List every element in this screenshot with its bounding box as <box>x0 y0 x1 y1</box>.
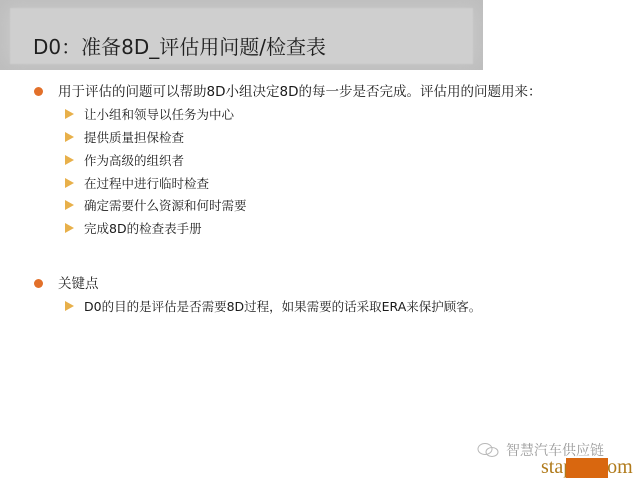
arrow-bullet-icon <box>65 223 74 233</box>
slide-title-bar: D0：准备8D_评估用问题/检查表 <box>0 0 483 70</box>
sub-bullet-1: 让小组和领导以任务为中心 <box>84 105 234 123</box>
watermark-overlay-block <box>566 458 608 478</box>
sub-bullet-key-1: D0的目的是评估是否需要8D过程，如果需要的话采取ERA来保护顾客。 <box>84 297 481 315</box>
sub-bullet-3: 作为高级的组织者 <box>84 151 184 169</box>
sub-bullet-2: 提供质量担保检查 <box>84 128 184 146</box>
arrow-bullet-icon <box>65 132 74 142</box>
arrow-bullet-icon <box>65 109 74 119</box>
arrow-bullet-icon <box>65 178 74 188</box>
arrow-bullet-icon <box>65 155 74 165</box>
bullet-main-2: 关键点 <box>58 272 99 292</box>
slide-title: D0：准备8D_评估用问题/检查表 <box>33 31 326 60</box>
bullet-dot-icon <box>34 87 43 96</box>
bullet-dot-icon <box>34 279 43 288</box>
arrow-bullet-icon <box>65 200 74 210</box>
wechat-icon <box>476 442 500 458</box>
sub-bullet-5: 确定需要什么资源和何时需要 <box>84 196 247 214</box>
bullet-main-1: 用于评估的问题可以帮助8D小组决定8D的每一步是否完成。评估用的问题用来： <box>58 80 541 100</box>
sub-bullet-6: 完成8D的检查表手册 <box>84 219 202 237</box>
sub-bullet-4: 在过程中进行临时检查 <box>84 174 209 192</box>
arrow-bullet-icon <box>65 301 74 311</box>
